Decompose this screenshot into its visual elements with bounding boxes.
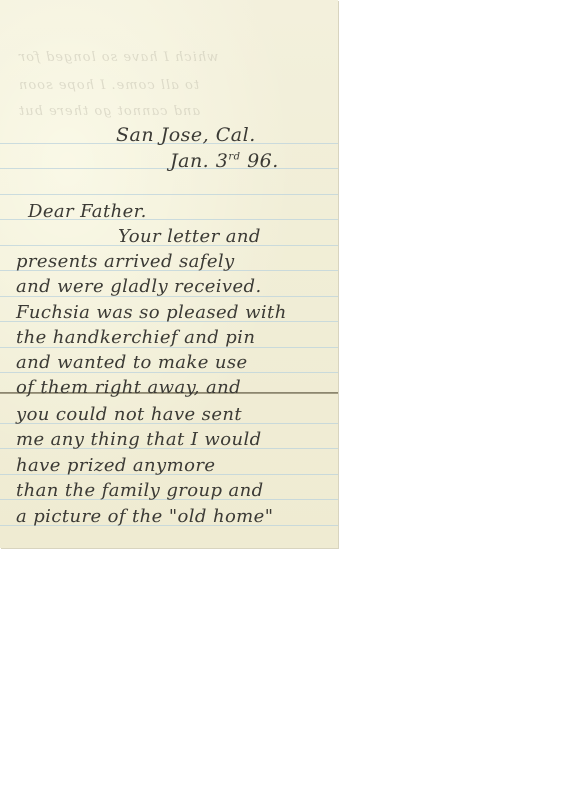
body-line: a picture of the "old home" [16,508,273,526]
body-line: me any thing that I would [16,431,262,449]
salutation: Dear Father. [28,203,147,221]
letter-page: which I have so longed for to all come. … [0,0,338,548]
body-line: you could not have sent [16,406,242,424]
ruled-line [0,168,338,169]
date-suffix: rd [228,152,240,163]
letter-place: San Jose, Cal. [116,126,256,145]
body-line: Your letter and [118,228,261,246]
date-month-day: Jan. 3 [170,150,228,172]
body-line: and were gladly received. [16,278,262,296]
body-line: the handkerchief and pin [16,329,255,347]
body-line: presents arrived safely [16,253,235,271]
bleed-through-text: to all come. I hope soon [18,78,199,93]
ruled-line [0,194,338,195]
body-line: Fuchsia was so pleased with [16,304,287,322]
body-line: of them right away, and [16,379,241,397]
date-year: 96. [241,150,279,172]
body-line: have prized anymore [16,457,215,475]
body-line: and wanted to make use [16,354,248,372]
body-line: than the family group and [16,482,264,500]
bleed-through-text: and cannot go there but [18,104,200,119]
bleed-through-text: which I have so longed for [18,50,218,65]
letter-date: Jan. 3rd 96. [170,152,279,171]
